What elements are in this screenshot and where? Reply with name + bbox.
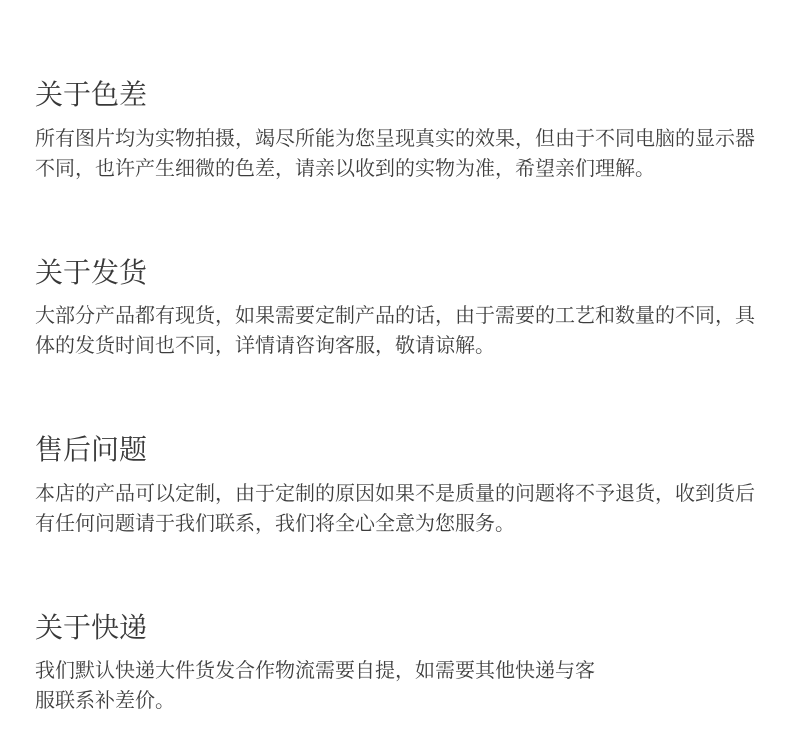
section-shipping-body: 大部分产品都有现货，如果需要定制产品的话，由于需要的工艺和数量的不同，具 体的发… (35, 301, 765, 361)
section-express-delivery-body: 我们默认快递大件货发合作物流需要自提，如需要其他快递与客 服联系补差价。 (35, 656, 765, 716)
section-shipping: 关于发货 大部分产品都有现货，如果需要定制产品的话，由于需要的工艺和数量的不同，… (35, 256, 765, 362)
section-after-sales-heading: 售后问题 (35, 433, 765, 467)
section-color-difference: 关于色差 所有图片均为实物拍摄，竭尽所能为您呈现真实的效果，但由于不同电脑的显示… (35, 78, 765, 184)
section-color-difference-body: 所有图片均为实物拍摄，竭尽所能为您呈现真实的效果，但由于不同电脑的显示器 不同，… (35, 124, 765, 184)
section-express-delivery: 关于快递 我们默认快递大件货发合作物流需要自提，如需要其他快递与客 服联系补差价… (35, 611, 765, 717)
section-after-sales-body: 本店的产品可以定制，由于定制的原因如果不是质量的问题将不予退货，收到货后 有任何… (35, 479, 765, 539)
section-color-difference-heading: 关于色差 (35, 78, 765, 112)
product-notes-page: 关于色差 所有图片均为实物拍摄，竭尽所能为您呈现真实的效果，但由于不同电脑的显示… (0, 0, 790, 736)
section-shipping-heading: 关于发货 (35, 256, 765, 290)
section-express-delivery-heading: 关于快递 (35, 611, 765, 645)
section-after-sales: 售后问题 本店的产品可以定制，由于定制的原因如果不是质量的问题将不予退货，收到货… (35, 433, 765, 539)
